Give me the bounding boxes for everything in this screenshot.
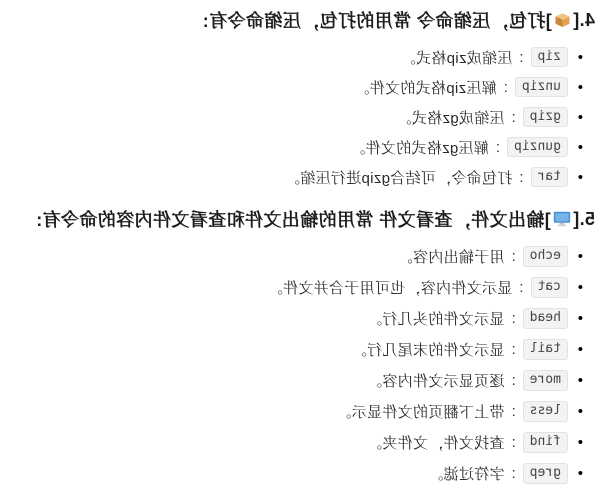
- command-description: 逐页显示文件内容。: [367, 370, 505, 391]
- command-code-gzip: gzip: [523, 107, 568, 128]
- bullet-marker: •: [568, 248, 583, 265]
- list-item-gzip: • gzip : 压缩成gz格式。: [8, 102, 595, 132]
- command-description: 压缩成gz格式。: [396, 107, 504, 128]
- bullet-marker: •: [568, 372, 583, 389]
- section-5-title: ]输出文件，查看文件 常用的输出文件和查看文件内容的命令有:: [36, 206, 551, 232]
- list-item-less: • less : 带上下翻页的文件显示。: [8, 396, 595, 427]
- bullet-marker: •: [568, 139, 583, 156]
- desktop-computer-icon: [553, 211, 571, 227]
- section-4-title: ]打包，压缩命令 常用的打包，压缩命令有:: [202, 7, 551, 33]
- list-item-grep: • grep : 字符过滤。: [8, 458, 595, 489]
- mirrored-page: 4.[ ]打包，压缩命令 常用的打包，压缩命令有: • zip : 压缩成: [0, 0, 600, 500]
- command-code-zip: zip: [531, 47, 568, 68]
- colon-separator: :: [512, 109, 516, 126]
- colon-separator: :: [512, 403, 516, 420]
- bullet-marker: •: [568, 279, 583, 296]
- section-4-heading: 4.[ ]打包，压缩命令 常用的打包，压缩命令有:: [8, 7, 595, 33]
- command-description: 用于输出内容。: [397, 246, 504, 267]
- bullet-marker: •: [568, 403, 583, 420]
- section-packaging-commands: 4.[ ]打包，压缩命令 常用的打包，压缩命令有: • zip : 压缩成: [8, 7, 595, 192]
- list-item-tail: • tail : 显示文件的末尾几行。: [8, 334, 595, 365]
- command-code-tail: tail: [523, 339, 568, 360]
- list-item-more: • more : 逐页显示文件内容。: [8, 365, 595, 396]
- colon-separator: :: [519, 169, 523, 186]
- colon-separator: :: [512, 310, 516, 327]
- colon-separator: :: [504, 79, 508, 96]
- command-description: 显示文件的末尾几行。: [352, 339, 505, 360]
- section-4-number: 4.[: [573, 10, 595, 31]
- command-code-more: more: [523, 370, 568, 391]
- command-code-echo: echo: [523, 246, 568, 267]
- section-output-view-commands: 5.[ ]输出文件，查看文件 常用的输出文件和查看文件内容的命令有: • ech…: [8, 206, 595, 489]
- command-code-grep: grep: [523, 463, 568, 484]
- command-description: 打包命令，可结合gzip进行压缩。: [285, 167, 513, 188]
- document-content: 4.[ ]打包，压缩命令 常用的打包，压缩命令有: • zip : 压缩成: [0, 0, 600, 489]
- section-5-heading: 5.[ ]输出文件，查看文件 常用的输出文件和查看文件内容的命令有:: [8, 206, 595, 232]
- bullet-marker: •: [568, 79, 583, 96]
- colon-separator: :: [512, 434, 516, 451]
- bullet-marker: •: [568, 465, 583, 482]
- bullet-marker: •: [568, 169, 583, 186]
- command-code-cat: cat: [531, 277, 568, 298]
- colon-separator: :: [512, 465, 516, 482]
- command-description: 带上下翻页的文件显示。: [336, 401, 504, 422]
- bullet-marker: •: [568, 109, 583, 126]
- list-item-find: • find : 查找文件，文件夹。: [8, 427, 595, 458]
- command-description: 查找文件，文件夹。: [367, 432, 505, 453]
- list-item-cat: • cat : 显示文件内容，也可用于合并文件。: [8, 272, 595, 303]
- command-description: 解压zip格式的文件。: [354, 77, 496, 98]
- command-description: 显示文件内容，也可用于合并文件。: [268, 277, 513, 298]
- bullet-marker: •: [568, 49, 583, 66]
- command-code-head: head: [523, 308, 568, 329]
- colon-separator: :: [512, 372, 516, 389]
- list-item-gunzip: • gunzip : 解压gz格式的文件。: [8, 132, 595, 162]
- command-description: 解压gz格式的文件。: [350, 137, 489, 158]
- colon-separator: :: [512, 248, 516, 265]
- output-command-list: • echo : 用于输出内容。 • cat : 显示文件内容，也可用于合并文件…: [8, 241, 595, 489]
- colon-separator: :: [512, 341, 516, 358]
- command-code-less: less: [523, 401, 568, 422]
- list-item-tar: • tar : 打包命令，可结合gzip进行压缩。: [8, 162, 595, 192]
- packaging-command-list: • zip : 压缩成zip格式。 • unzip : 解压zip格式的文件。 …: [8, 42, 595, 192]
- list-item-echo: • echo : 用于输出内容。: [8, 241, 595, 272]
- bullet-marker: •: [568, 310, 583, 327]
- command-description: 字符过滤。: [428, 463, 505, 484]
- section-5-number: 5.[: [573, 209, 595, 230]
- command-code-unzip: unzip: [515, 77, 568, 98]
- command-code-gunzip: gunzip: [507, 137, 568, 158]
- bullet-marker: •: [568, 341, 583, 358]
- list-item-unzip: • unzip : 解压zip格式的文件。: [8, 72, 595, 102]
- colon-separator: :: [519, 279, 523, 296]
- bullet-marker: •: [568, 434, 583, 451]
- command-description: 显示文件的头几行。: [367, 308, 505, 329]
- command-code-find: find: [523, 432, 568, 453]
- command-description: 压缩成zip格式。: [400, 47, 512, 68]
- command-code-tar: tar: [531, 167, 568, 188]
- package-icon: [554, 12, 571, 28]
- list-item-zip: • zip : 压缩成zip格式。: [8, 42, 595, 72]
- colon-separator: :: [519, 49, 523, 66]
- list-item-head: • head : 显示文件的头几行。: [8, 303, 595, 334]
- colon-separator: :: [496, 139, 500, 156]
